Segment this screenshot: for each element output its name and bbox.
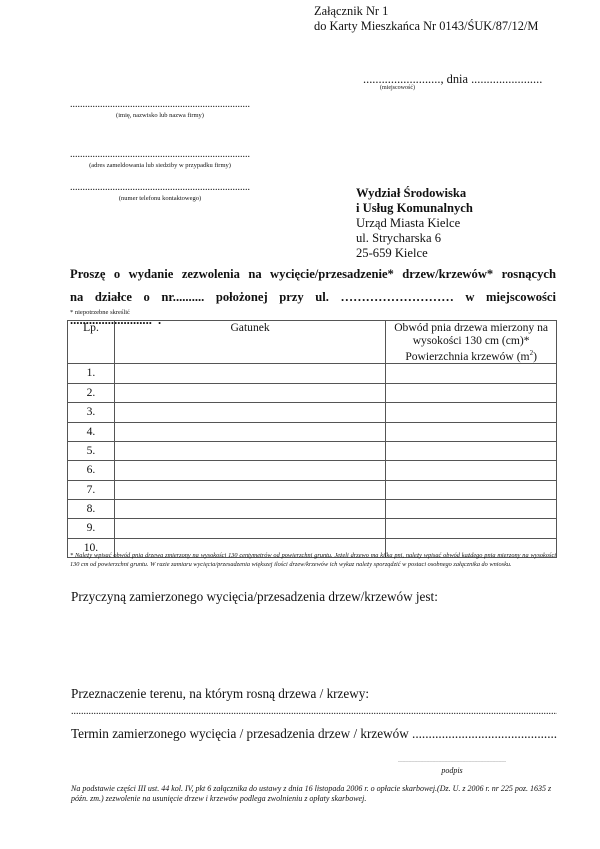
table-footnote: * Należy wpisać obwód pnia drzewa zmierz… bbox=[70, 552, 556, 569]
land-use-answer-dots[interactable]: ........................................… bbox=[71, 706, 557, 717]
row-number: 1. bbox=[68, 364, 115, 383]
measure-cell[interactable] bbox=[386, 480, 557, 499]
header-measure-line3: Powierzchnia krzewów (m2) bbox=[386, 347, 556, 363]
measure-cell[interactable] bbox=[386, 364, 557, 383]
table-row: 8. bbox=[68, 500, 557, 519]
row-number: 2. bbox=[68, 383, 115, 402]
table-row: 4. bbox=[68, 422, 557, 441]
table-row: 2. bbox=[68, 383, 557, 402]
applicant-address-caption: (adres zameldowania lub siedziby w przyp… bbox=[70, 161, 250, 170]
applicant-name-dots[interactable]: ........................................… bbox=[70, 100, 250, 110]
strike-note: * niepotrzebne skreślić bbox=[70, 309, 130, 316]
place-caption: (miejscowość) bbox=[380, 85, 415, 91]
applicant-phone-dots[interactable]: ........................................… bbox=[70, 183, 250, 193]
species-cell[interactable] bbox=[114, 519, 385, 538]
addressee-department: Wydział Środowiska bbox=[356, 186, 473, 201]
addressee-street: ul. Strycharska 6 bbox=[356, 231, 473, 246]
annex-number: Załącznik Nr 1 bbox=[314, 4, 538, 19]
addressee-department-cont: i Usług Komunalnych bbox=[356, 201, 473, 216]
applicant-name-caption: (imię, nazwisko lub nazwa firmy) bbox=[70, 111, 250, 120]
addressee-office: Urząd Miasta Kielce bbox=[356, 216, 473, 231]
measure-cell[interactable] bbox=[386, 422, 557, 441]
row-number: 4. bbox=[68, 422, 115, 441]
header-measure-line3-close: ) bbox=[533, 350, 537, 363]
annex-card-reference: do Karty Mieszkańca Nr 0143/ŚUK/87/12/M bbox=[314, 19, 538, 34]
measure-cell[interactable] bbox=[386, 441, 557, 460]
land-use-label: Przeznaczenie terenu, na którym rosną dr… bbox=[71, 686, 369, 702]
term-field[interactable]: Termin zamierzonego wycięcia / przesadze… bbox=[71, 726, 557, 742]
legal-note: Na podstawie części III ust. 44 kol. IV,… bbox=[71, 784, 557, 804]
table-row: 7. bbox=[68, 480, 557, 499]
row-number: 7. bbox=[68, 480, 115, 499]
applicant-phone-caption: (numer telefonu kontaktowego) bbox=[70, 194, 250, 203]
annex-header: Załącznik Nr 1 do Karty Mieszkańca Nr 01… bbox=[314, 4, 538, 34]
signature-dots[interactable]: ……………………………………………… bbox=[392, 758, 512, 764]
species-cell[interactable] bbox=[114, 461, 385, 480]
applicant-name-field[interactable]: ........................................… bbox=[70, 100, 250, 120]
trees-table: Lp. Gatunek Obwód pnia drzewa mierzony n… bbox=[67, 320, 557, 558]
header-measure-line1: Obwód pnia drzewa mierzony na bbox=[386, 322, 556, 335]
signature-block: ……………………………………………… podpis bbox=[392, 758, 512, 775]
measure-cell[interactable] bbox=[386, 403, 557, 422]
species-cell[interactable] bbox=[114, 441, 385, 460]
table-row: 1. bbox=[68, 364, 557, 383]
header-measure-line3-text: Powierzchnia krzewów (m bbox=[405, 350, 529, 363]
row-number: 5. bbox=[68, 441, 115, 460]
measure-cell[interactable] bbox=[386, 383, 557, 402]
applicant-address-field[interactable]: ........................................… bbox=[70, 150, 250, 170]
addressee-postal-city: 25-659 Kielce bbox=[356, 246, 473, 261]
measure-cell[interactable] bbox=[386, 519, 557, 538]
header-measure: Obwód pnia drzewa mierzony na wysokości … bbox=[386, 321, 557, 364]
species-cell[interactable] bbox=[114, 480, 385, 499]
table-header-row: Lp. Gatunek Obwód pnia drzewa mierzony n… bbox=[68, 321, 557, 364]
row-number: 6. bbox=[68, 461, 115, 480]
measure-cell[interactable] bbox=[386, 461, 557, 480]
reason-label: Przyczyną zamierzonego wycięcia/przesadz… bbox=[71, 589, 438, 605]
addressee-block: Wydział Środowiska i Usług Komunalnych U… bbox=[356, 186, 473, 261]
row-number: 8. bbox=[68, 500, 115, 519]
table-row: 6. bbox=[68, 461, 557, 480]
row-number: 3. bbox=[68, 403, 115, 422]
species-cell[interactable] bbox=[114, 364, 385, 383]
species-cell[interactable] bbox=[114, 422, 385, 441]
row-number: 9. bbox=[68, 519, 115, 538]
header-species: Gatunek bbox=[114, 321, 385, 364]
signature-caption: podpis bbox=[392, 766, 512, 775]
species-cell[interactable] bbox=[114, 383, 385, 402]
reason-answer-area[interactable] bbox=[71, 608, 557, 678]
header-lp: Lp. bbox=[68, 321, 115, 364]
applicant-address-dots[interactable]: ........................................… bbox=[70, 150, 250, 160]
species-cell[interactable] bbox=[114, 500, 385, 519]
measure-cell[interactable] bbox=[386, 500, 557, 519]
header-measure-line2: wysokości 130 cm (cm)* bbox=[386, 335, 556, 348]
table-row: 9. bbox=[68, 519, 557, 538]
species-cell[interactable] bbox=[114, 403, 385, 422]
table-row: 5. bbox=[68, 441, 557, 460]
applicant-phone-field[interactable]: ........................................… bbox=[70, 183, 250, 203]
table-row: 3. bbox=[68, 403, 557, 422]
